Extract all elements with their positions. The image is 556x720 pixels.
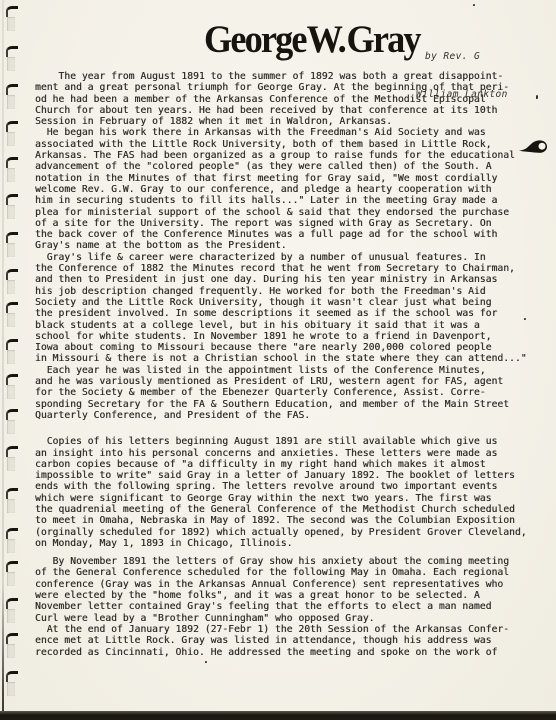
text-line: Society and the Little Rock University, … (35, 297, 535, 308)
text-line: recorded as Cincinnati, Ohio. He address… (35, 647, 535, 658)
binding-hole (6, 232, 18, 258)
binding-hook-icon (6, 409, 18, 420)
binding-hole (6, 374, 18, 400)
document-body: The year from August 1891 to the summer … (35, 71, 535, 658)
text-line: associated with the Little Rock Universi… (35, 139, 535, 150)
text-line: Each year he was listed in the appointme… (35, 365, 535, 376)
binding-hole (6, 633, 18, 659)
binding-hook-icon (6, 633, 18, 644)
text-line: in Missouri & there is not a Christian s… (35, 353, 535, 364)
binding-hook-icon (6, 488, 18, 499)
text-line: black students at a college level, but i… (35, 320, 535, 331)
paragraph: Copies of his letters beginning August 1… (35, 436, 535, 549)
text-line: od he had been a member of the Arkansas … (35, 94, 535, 105)
binding-hole-shadow (7, 168, 15, 182)
paragraph: At the end of January 1892 (27-Febr 1) t… (35, 624, 535, 658)
text-line: Church for about ten years. He had been … (35, 105, 535, 116)
binding-hook-icon (6, 46, 18, 57)
paper-left-edge (2, 0, 4, 712)
paper-speck (473, 4, 475, 6)
ink-blot (518, 138, 550, 160)
binding-hole (6, 269, 18, 295)
text-line: ends with the following spring. The lett… (35, 481, 535, 492)
text-line: Gray's life & career were characterized … (35, 252, 535, 263)
text-line: of the General Conference scheduled for … (35, 567, 535, 578)
binding-hole (6, 446, 18, 472)
binding-hook-icon (6, 339, 18, 350)
binding-hole (6, 6, 18, 32)
text-line: him in securing students to fill its hal… (35, 195, 535, 206)
binding-hook-icon (6, 302, 18, 313)
binding-hole-shadow (7, 499, 15, 513)
binding-hole-shadow (7, 644, 15, 658)
text-line: (orginally scheduled for 1892) which act… (35, 527, 535, 538)
byline-line1: by Rev. G (416, 51, 508, 64)
text-line: Session in February of 1882 when it met … (35, 116, 535, 127)
text-line: on Monday, May 1, 1893 in Chicago, Illin… (35, 538, 535, 549)
page-title: George W. Gray (204, 17, 420, 62)
binding-hole (6, 157, 18, 183)
text-line: sponding Secretary for the FA & Southern… (35, 399, 535, 410)
binding-hook-icon (6, 598, 18, 609)
text-line: and then to President in just one day. D… (35, 274, 535, 285)
binding-hole-shadow (7, 682, 15, 696)
text-line: Iowa about coming to Missouri because th… (35, 342, 535, 353)
text-line: the Conference of 1882 the Minutes recor… (35, 263, 535, 274)
binding-hole-shadow (7, 539, 15, 553)
scan-edge-shadow (0, 711, 556, 720)
paragraph: Each year he was listed in the appointme… (35, 365, 535, 421)
binding-hole-shadow (7, 350, 15, 364)
binding-hole-shadow (7, 95, 15, 109)
text-line: impossible to write" said Gray in a lett… (35, 470, 535, 481)
binding-hook-icon (6, 269, 18, 280)
paragraph: He began his work there in Arkansas with… (35, 127, 535, 251)
text-line: school for white students. In November 1… (35, 331, 535, 342)
text-line: the back cover of the Conference Minutes… (35, 229, 535, 240)
paragraph: By November 1891 the letters of Gray sho… (35, 556, 535, 624)
binding-hook-icon (6, 121, 18, 132)
text-line: By November 1891 the letters of Gray sho… (35, 556, 535, 567)
paragraph: The year from August 1891 to the summer … (35, 71, 535, 127)
text-line: which were significant to George Gray wi… (35, 493, 535, 504)
binding-hook-icon (6, 232, 18, 243)
text-line: November letter contained Gray's feeling… (35, 601, 535, 612)
text-line: advancement of the "colored people" (as … (35, 161, 535, 172)
binding-hole (6, 598, 18, 624)
text-line: Copies of his letters beginning August 1… (35, 436, 535, 447)
binding-hook-icon (6, 84, 18, 95)
binding-hook-icon (6, 374, 18, 385)
scanned-page: George W. Gray by Rev. G William Lankton… (0, 0, 556, 720)
binding-hole (6, 46, 18, 72)
binding-hole-shadow (7, 205, 15, 219)
binding-hole (6, 194, 18, 220)
text-line: for the Society & member of the Ebenezer… (35, 387, 535, 398)
binding-hole-shadow (7, 457, 15, 471)
binding-hole (6, 121, 18, 147)
binding-hook-icon (6, 671, 18, 682)
binding-hole-shadow (7, 57, 15, 71)
text-line: At the end of January 1892 (27-Febr 1) t… (35, 624, 535, 635)
text-line: an insight into his personal concerns an… (35, 448, 535, 459)
paper-speck (205, 661, 207, 663)
binding-hole (6, 84, 18, 110)
binding-hole (6, 561, 18, 587)
text-line: and he was variously mentioned as Presid… (35, 376, 535, 387)
binding-hole-shadow (7, 385, 15, 399)
binding-hole-shadow (7, 572, 15, 586)
binding-hook-icon (6, 528, 18, 539)
binding-hole-shadow (7, 609, 15, 623)
binding-hook-icon (6, 561, 18, 572)
text-line: ment and a great personal triumph for Ge… (35, 82, 535, 93)
binding-hole-shadow (7, 420, 15, 434)
binding-hole (6, 302, 18, 328)
paper-speck (536, 95, 538, 99)
binding-hole-shadow (7, 17, 15, 31)
binding-hole-shadow (7, 280, 15, 294)
binding-hole-shadow (7, 313, 15, 327)
text-line: carbon copies because of "a difficulty i… (35, 459, 535, 470)
binding-hook-icon (6, 446, 18, 457)
text-line: were elected by the "home folks", and it… (35, 590, 535, 601)
binding-hole (6, 671, 18, 697)
text-line: the president involved. In some descript… (35, 308, 535, 319)
text-line: plea for ministerial support of the scho… (35, 207, 535, 218)
text-line: ence met at Little Rock. Gray was listed… (35, 635, 535, 646)
text-line: Quarterly Conference, and President of t… (35, 410, 535, 421)
paragraph: Gray's life & career were characterized … (35, 252, 535, 365)
binding-hole (6, 488, 18, 514)
binding-hole-shadow (7, 132, 15, 146)
text-line: conference (Gray was in the Arkansas Ann… (35, 579, 535, 590)
text-line: his job description changed frequently. … (35, 286, 535, 297)
binding-hook-icon (6, 194, 18, 205)
text-line: the quadrenial meeting of the General Co… (35, 504, 535, 515)
text-line: of a site for the University. The report… (35, 218, 535, 229)
text-line: to meet in Omaha, Nebraska in May of 189… (35, 515, 535, 526)
text-line: notation in the Minutes of that first me… (35, 173, 535, 184)
binding-hole (6, 528, 18, 554)
text-line: Gray's name at the bottom as the Preside… (35, 240, 535, 251)
binding-hook-icon (6, 6, 18, 17)
paper-speck (524, 318, 526, 320)
binding-hook-icon (6, 157, 18, 168)
text-line: Arkansas. The FAS had been organized as … (35, 150, 535, 161)
text-line: The year from August 1891 to the summer … (35, 71, 535, 82)
binding-hole (6, 409, 18, 435)
text-line: welcome Rev. G.W. Gray to our conference… (35, 184, 535, 195)
binding-hole-shadow (7, 243, 15, 257)
text-line: Curl were lead by a "Brother Cunningham"… (35, 613, 535, 624)
binding-hole (6, 339, 18, 365)
text-line: He began his work there in Arkansas with… (35, 127, 535, 138)
